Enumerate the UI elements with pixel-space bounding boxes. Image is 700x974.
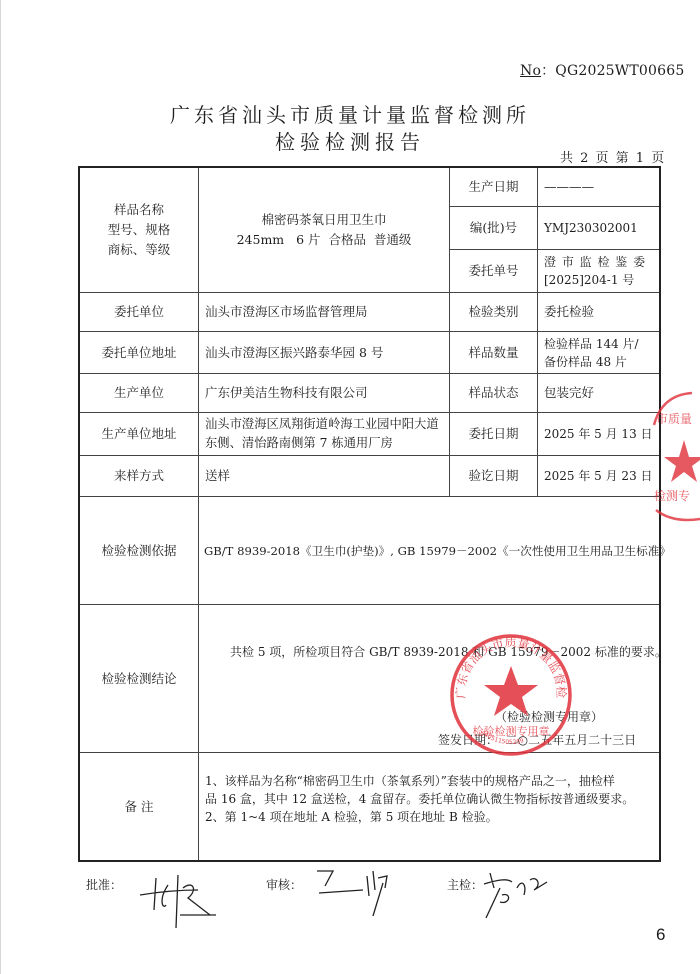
sample-spec: 245mm 6 片 合格品 普通级 [237, 230, 412, 250]
seal-note: （检验检测专用章） [495, 708, 603, 725]
commission-no-label: 委托单号 [450, 250, 537, 292]
sample-name: 棉密码茶氧日用卫生巾 [261, 210, 386, 230]
commission-no-line: 澄 市 监 检 鉴 委 [544, 253, 646, 271]
sample-label-line: 样品名称 [114, 200, 164, 220]
sample-value: 棉密码茶氧日用卫生巾 245mm 6 片 合格品 普通级 [199, 168, 449, 292]
report-number-separator: ： [541, 63, 555, 79]
commission-no-line: [2025]204-1 号 [544, 271, 634, 289]
report-number: No：QG2025WT00665 [520, 60, 684, 80]
sample-status-label: 样品状态 [450, 374, 537, 412]
inspection-type-value: 委托检验 [538, 293, 659, 331]
remark-line: 品 16 盒，其中 12 盒送检，4 盒留存。委托单位确认微生物指标按普通级要求… [205, 790, 634, 808]
manufacturer-label: 生产单位 [80, 374, 198, 412]
review-signature-icon [315, 868, 400, 918]
completion-date-label: 验讫日期 [450, 456, 537, 496]
client-label: 委托单位 [80, 293, 198, 331]
sample-quantity-label: 样品数量 [450, 332, 537, 373]
production-date-value: ———— [538, 168, 659, 206]
commission-date-label: 委托日期 [450, 413, 537, 455]
sampling-method-label: 来样方式 [80, 456, 198, 496]
conclusion-value: 共检 5 项，所检项目符合 GB/T 8939-2018 和 GB 15979－… [230, 643, 667, 660]
remark-line: 1、该样品为名称“棉密码卫生巾（茶氧系列）”套装中的规格产品之一，抽检样 [205, 772, 634, 790]
batch-no-value: YMJ230302001 [538, 207, 659, 249]
manufacturer-value: 广东伊美洁生物科技有限公司 [199, 374, 449, 412]
report-number-value: QG2025WT00665 [555, 63, 684, 79]
inspector-signature-icon [482, 870, 552, 920]
manufacturer-address-line: 汕头市澄海区凤翔街道岭海工业园中阳大道 [205, 415, 439, 434]
approve-label: 批准： [86, 876, 122, 893]
completion-date-value: 2025 年 5 月 23 日 [538, 456, 659, 496]
batch-no-label: 编(批)号 [450, 207, 537, 249]
sample-quantity-line: 备份样品 48 片 [544, 353, 627, 371]
remark-line: 2、第 1~4 项在地址 A 检验，第 5 项在地址 B 检验。 [205, 808, 634, 826]
manufacturer-address-value: 汕头市澄海区凤翔街道岭海工业园中阳大道 东侧、清怡路南侧第 7 栋通用厂房 [199, 413, 449, 455]
production-date-label: 生产日期 [450, 168, 537, 206]
page-count: 共 2 页 第 1 页 [560, 147, 664, 166]
commission-no-value: 澄 市 监 检 鉴 委 [2025]204-1 号 [538, 250, 659, 292]
review-label: 审核： [266, 876, 302, 893]
remarks-label: 备 注 [80, 753, 198, 860]
conclusion-label: 检验检测结论 [80, 605, 198, 752]
svg-text:市质量: 市质量 [656, 411, 692, 426]
manufacturer-address-line: 东侧、清怡路南侧第 7 栋通用厂房 [205, 434, 393, 453]
client-value: 汕头市澄海区市场监督管理局 [199, 293, 449, 331]
page-number: 6 [656, 925, 665, 945]
remarks-value: 1、该样品为名称“棉密码卫生巾（茶氧系列）”套装中的规格产品之一，抽检样 品 1… [205, 772, 634, 826]
issue-date: 签发日期： 二○二五年五月二十三日 [438, 731, 636, 748]
institution-title: 广东省汕头市质量计量监督检测所 [0, 99, 700, 128]
sampling-method-value: 送样 [199, 456, 449, 496]
commission-date-value: 2025 年 5 月 13 日 [538, 413, 659, 455]
report-table: 样品名称 型号、规格 商标、等级 棉密码茶氧日用卫生巾 245mm 6 片 合格… [78, 166, 661, 862]
sample-label: 样品名称 型号、规格 商标、等级 [80, 168, 198, 292]
client-address-value: 汕头市澄海区振兴路泰华园 8 号 [199, 332, 449, 373]
approve-signature-icon [138, 870, 218, 930]
inspection-type-label: 检验类别 [450, 293, 537, 331]
sample-label-line: 型号、规格 [108, 220, 171, 240]
sample-label-line: 商标、等级 [108, 240, 171, 260]
inspector-label: 主检： [447, 876, 483, 893]
client-address-label: 委托单位地址 [80, 332, 198, 373]
basis-label: 检验检测依据 [80, 497, 198, 604]
sample-quantity-line: 检验样品 144 片/ [544, 335, 639, 353]
sample-quantity-value: 检验样品 144 片/ 备份样品 48 片 [538, 332, 659, 373]
basis-value: GB/T 8939-2018《卫生巾(护垫)》, GB 15979－2002《一… [199, 497, 659, 604]
sample-status-value: 包装完好 [538, 374, 659, 412]
report-number-label: No [520, 63, 541, 79]
manufacturer-address-label: 生产单位地址 [80, 413, 198, 455]
